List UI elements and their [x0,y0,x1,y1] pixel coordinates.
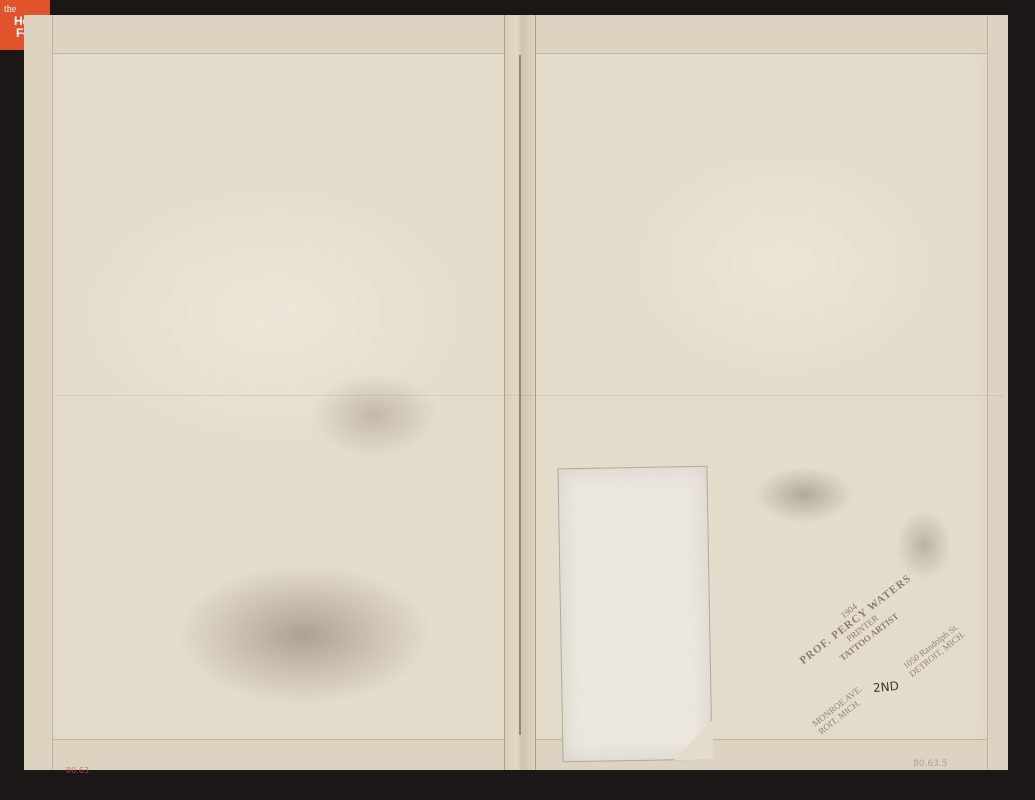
center-fold-spine [504,15,536,770]
inventory-number-gray: 80.63.5 [913,759,947,769]
inventory-number-red: 80.63 [66,766,89,775]
handwritten-note: 2ND [872,679,899,695]
tape-left [24,15,53,770]
horizontal-crease [54,395,1004,396]
pasted-paper-label [557,466,712,763]
